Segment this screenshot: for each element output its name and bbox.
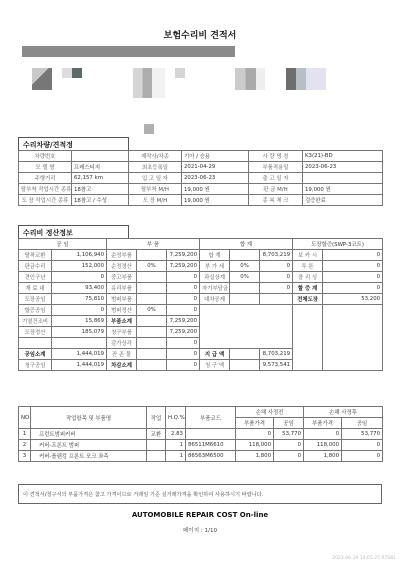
field-value: K3(21)-BD bbox=[303, 151, 383, 162]
redacted-block bbox=[133, 68, 165, 98]
paint-label: 할 증 계 bbox=[293, 283, 323, 294]
totals-header: 합 계 bbox=[200, 239, 293, 250]
field-value: 18참고 bbox=[72, 184, 129, 195]
after-price: 1,800 bbox=[304, 451, 342, 462]
field-label: 출 고 일 자 bbox=[249, 173, 303, 184]
labor-label bbox=[19, 338, 52, 349]
parts-label: 중고부품 bbox=[107, 272, 137, 283]
labor-label: 도장정산 bbox=[19, 327, 52, 338]
labor-value: 1,444,019 bbox=[52, 349, 107, 360]
item-work: 교환 bbox=[147, 429, 166, 440]
field-value: 2023-06-23 bbox=[303, 162, 383, 173]
parts-label: 순정정산 bbox=[107, 261, 137, 272]
item-row: 2커버-프론트 범퍼186511M6610118,0000118,0000 bbox=[19, 440, 383, 451]
col-after: 손해 사정후 bbox=[304, 407, 383, 418]
totals-value bbox=[260, 294, 293, 305]
vehicle-section-tab: 수리차량/견적정 bbox=[18, 137, 129, 150]
vehicle-row: 탈부착 작업시간 종류18참고탈부착 M/H19,000 원판 금 M/H19,… bbox=[19, 184, 383, 195]
parts-value: 0 bbox=[167, 338, 200, 349]
parts-value: 0 bbox=[167, 283, 200, 294]
redacted-bar bbox=[22, 46, 235, 57]
paint-surcharge-header: 도장할증(SWP-3코트) bbox=[293, 239, 383, 250]
labor-value: 15,869 bbox=[52, 316, 107, 327]
parts-label: 범퍼부품 bbox=[107, 294, 137, 305]
totals-value: 0 bbox=[260, 272, 293, 283]
col-before-price: 부품가격 bbox=[236, 418, 274, 429]
paint-empty bbox=[323, 305, 383, 371]
labor-header: 공 임 bbox=[19, 239, 107, 250]
labor-label: 기열건조비 bbox=[19, 316, 52, 327]
paint-label: 보 카 시 bbox=[293, 250, 323, 261]
before-price: 1,800 bbox=[236, 451, 274, 462]
labor-label: 할증공임 bbox=[19, 305, 52, 316]
settlement-row: 도장공임75,810범퍼부품0대차공제전체도장53,200 bbox=[19, 294, 383, 305]
field-label: 종 복 체 크 bbox=[249, 195, 303, 206]
settlement-table: 공 임 부 품 합 계 도장할증(SWP-3코트) 탈착교환1,106,940순… bbox=[18, 238, 383, 371]
parts-pct bbox=[137, 349, 167, 360]
item-no: 2 bbox=[19, 440, 31, 451]
parts-value: 7,259,200 bbox=[167, 250, 200, 261]
paint-label: 투 톤 bbox=[293, 261, 323, 272]
field-label: 도 장 M/H bbox=[129, 195, 182, 206]
labor-value: 152,000 bbox=[52, 261, 107, 272]
field-value: 프레스티지 bbox=[72, 162, 129, 173]
totals-label: 자기부담금 bbox=[200, 283, 230, 294]
labor-label: 청구공임 bbox=[19, 360, 52, 371]
redacted-block bbox=[235, 68, 265, 90]
item-name: 커버-플랜킹 프론트 포크 좌측 bbox=[31, 451, 147, 462]
field-label: 사 량 명 칭 bbox=[249, 151, 303, 162]
totals-value: 9,573,541 bbox=[260, 360, 293, 371]
totals-label: 합 계 bbox=[200, 250, 230, 261]
parts-pct bbox=[137, 338, 167, 349]
parts-pct: 0% bbox=[137, 261, 167, 272]
field-value: 18참고 / 수성 bbox=[72, 195, 129, 206]
settlement-row: 견인구난0중고부품0과실상계0%0클 리 싱0 bbox=[19, 272, 383, 283]
totals-pct: 0% bbox=[230, 272, 260, 283]
labor-value: 185,079 bbox=[52, 327, 107, 338]
labor-value: 75,810 bbox=[52, 294, 107, 305]
repair-items-table: NO 작업항목 및 부품명 작업 H.Q.% 부품코드 손해 사정전 손해 사정… bbox=[18, 406, 383, 462]
labor-label: 공임소계 bbox=[19, 349, 52, 360]
totals-label: 부 가 세 bbox=[200, 261, 230, 272]
item-row: 1프런트범퍼커버교환2.83053,770053,770 bbox=[19, 429, 383, 440]
labor-label: 탈착교환 bbox=[19, 250, 52, 261]
footer-title: AUTOMOBILE REPAIR COST On-line bbox=[0, 511, 400, 519]
vehicle-info-table: 차량번호제작사/차종기아 / 승용사 량 명 칭K3(21)-BD모 델 명프레… bbox=[18, 150, 383, 206]
col-no: NO bbox=[19, 407, 31, 429]
paint-label: 클 리 싱 bbox=[293, 272, 323, 283]
print-timestamp: 2023-06-19 14:05:25 R7S81 bbox=[332, 556, 396, 561]
labor-label: 판금수리 bbox=[19, 261, 52, 272]
field-label: 부품적용일 bbox=[249, 162, 303, 173]
before-labor: 0 bbox=[274, 451, 304, 462]
parts-pct: 0% bbox=[137, 305, 167, 316]
totals-label: 청 구 액 bbox=[200, 360, 230, 371]
field-label: 탈부착 M/H bbox=[129, 184, 182, 195]
field-label: 차량번호 bbox=[19, 151, 72, 162]
item-code: 86511M6610 bbox=[186, 440, 236, 451]
totals-pct bbox=[230, 283, 260, 294]
col-work: 작업 bbox=[147, 407, 166, 429]
vehicle-row: 주행거리62,157 km입 고 일 자2023-06-23출 고 일 자 bbox=[19, 173, 383, 184]
settlement-row: 할증공임0범퍼정산0%0 bbox=[19, 305, 383, 316]
field-value: 검증완료 bbox=[303, 195, 383, 206]
price-notice: 이 견적서/청구서의 부품가격은 참고 가격이므로 거래일 기준 실거래가격을 … bbox=[18, 484, 382, 504]
parts-value: 0 bbox=[167, 272, 200, 283]
field-value bbox=[303, 173, 383, 184]
field-value: 62,157 km bbox=[72, 173, 129, 184]
after-labor: 53,770 bbox=[342, 429, 383, 440]
settlement-section-tab: 수리비 정산정보 bbox=[18, 225, 129, 238]
parts-value: 0 bbox=[167, 349, 200, 360]
item-work bbox=[147, 440, 166, 451]
parts-pct bbox=[137, 272, 167, 283]
totals-empty bbox=[200, 305, 293, 349]
labor-value: 93,400 bbox=[52, 283, 107, 294]
field-value: 19,000 원 bbox=[182, 184, 249, 195]
parts-label: 순정부품 bbox=[107, 250, 137, 261]
parts-value: 7,259,200 bbox=[167, 261, 200, 272]
field-label: 입 고 일 자 bbox=[129, 173, 182, 184]
item-code bbox=[186, 429, 236, 440]
vehicle-row: 도 장 작업시간 종류18참고 / 수성도 장 M/H19,000 원종 복 체… bbox=[19, 195, 383, 206]
field-label: 탈부착 작업시간 종류 bbox=[19, 184, 72, 195]
parts-value: 7,259,200 bbox=[167, 316, 200, 327]
col-item: 작업항목 및 부품명 bbox=[31, 407, 147, 429]
page-indicator: 페이지 : 1/10 bbox=[0, 526, 400, 534]
item-code: 86563M6500 bbox=[186, 451, 236, 462]
col-after-price: 부품가격 bbox=[304, 418, 342, 429]
paint-value: 0 bbox=[323, 283, 383, 294]
paint-value: 0 bbox=[323, 250, 383, 261]
item-name: 프런트범퍼커버 bbox=[31, 429, 147, 440]
labor-value bbox=[52, 338, 107, 349]
item-name: 커버-프론트 범퍼 bbox=[31, 440, 147, 451]
parts-pct bbox=[137, 327, 167, 338]
before-price: 118,000 bbox=[236, 440, 274, 451]
parts-value: 0 bbox=[167, 360, 200, 371]
field-label: 제작사/차종 bbox=[129, 151, 182, 162]
labor-value: 1,444,019 bbox=[52, 360, 107, 371]
field-value: 기아 / 승용 bbox=[182, 151, 249, 162]
labor-label: 도장공임 bbox=[19, 294, 52, 305]
paint-value: 0 bbox=[323, 272, 383, 283]
parts-pct bbox=[137, 360, 167, 371]
col-hq: H.Q.% bbox=[166, 407, 186, 429]
labor-label: 견인구난 bbox=[19, 272, 52, 283]
col-after-labor: 공임 bbox=[342, 418, 383, 429]
field-label: 주행거리 bbox=[19, 173, 72, 184]
parts-label: 감가상각 bbox=[107, 338, 137, 349]
field-value: 19,000 원 bbox=[182, 195, 249, 206]
totals-pct bbox=[230, 349, 260, 360]
field-label: 최초등록일 bbox=[129, 162, 182, 173]
vehicle-row: 모 델 명프레스티지최초등록일2021-04-29부품적용일2023-06-23 bbox=[19, 162, 383, 173]
paint-value: 53,200 bbox=[323, 294, 383, 305]
labor-value: 1,106,940 bbox=[52, 250, 107, 261]
parts-pct bbox=[137, 283, 167, 294]
labor-value: 0 bbox=[52, 272, 107, 283]
totals-value: 0 bbox=[260, 283, 293, 294]
field-value bbox=[72, 151, 129, 162]
item-hq: 1 bbox=[166, 451, 186, 462]
totals-label: 과실상계 bbox=[200, 272, 230, 283]
parts-label: 범퍼정산 bbox=[107, 305, 137, 316]
redacted-block bbox=[144, 124, 154, 134]
totals-value: 0 bbox=[260, 261, 293, 272]
redacted-block bbox=[32, 68, 52, 90]
parts-value: 7,259,200 bbox=[167, 327, 200, 338]
parts-pct bbox=[137, 294, 167, 305]
totals-pct bbox=[230, 250, 260, 261]
after-price: 118,000 bbox=[304, 440, 342, 451]
parts-label: 유리부품 bbox=[107, 283, 137, 294]
field-value: 2023-06-23 bbox=[182, 173, 249, 184]
totals-pct bbox=[230, 360, 260, 371]
field-label: 모 델 명 bbox=[19, 162, 72, 173]
before-labor: 0 bbox=[274, 440, 304, 451]
parts-pct bbox=[137, 316, 167, 327]
item-row: 3커버-플랜킹 프론트 포크 좌측186563M65001,80001,8000 bbox=[19, 451, 383, 462]
before-price: 0 bbox=[236, 429, 274, 440]
totals-value: 8,703,219 bbox=[260, 349, 293, 360]
document-title: 보험수리비 견적서 bbox=[0, 28, 400, 41]
parts-label: 차감소계 bbox=[107, 360, 137, 371]
settlement-row: 탈착교환1,106,940순정부품7,259,200합 계8,703,219보 … bbox=[19, 250, 383, 261]
after-labor: 0 bbox=[342, 440, 383, 451]
col-before-labor: 공임 bbox=[274, 418, 304, 429]
item-work bbox=[147, 451, 166, 462]
paint-value: 0 bbox=[323, 261, 383, 272]
item-hq: 2.83 bbox=[166, 429, 186, 440]
field-label: 도 장 작업시간 종류 bbox=[19, 195, 72, 206]
parts-header: 부 품 bbox=[107, 239, 200, 250]
field-label: 판 금 M/H bbox=[249, 184, 303, 195]
before-labor: 53,770 bbox=[274, 429, 304, 440]
parts-value: 0 bbox=[167, 294, 200, 305]
parts-value: 0 bbox=[167, 305, 200, 316]
totals-pct: 0% bbox=[230, 261, 260, 272]
labor-value: 0 bbox=[52, 305, 107, 316]
item-no: 1 bbox=[19, 429, 31, 440]
field-value: 2021-04-29 bbox=[182, 162, 249, 173]
redacted-block bbox=[175, 68, 185, 78]
totals-label: 대차공제 bbox=[200, 294, 230, 305]
col-before: 손해 사정전 bbox=[236, 407, 304, 418]
parts-label: 잔 존 물 bbox=[107, 349, 137, 360]
item-no: 3 bbox=[19, 451, 31, 462]
paint-label: 전체도장 bbox=[293, 294, 323, 305]
totals-value: 8,703,219 bbox=[260, 250, 293, 261]
parts-pct bbox=[137, 250, 167, 261]
vehicle-row: 차량번호제작사/차종기아 / 승용사 량 명 칭K3(21)-BD bbox=[19, 151, 383, 162]
after-price: 0 bbox=[304, 429, 342, 440]
after-labor: 0 bbox=[342, 451, 383, 462]
col-code: 부품코드 bbox=[186, 407, 236, 429]
redacted-block bbox=[286, 68, 326, 90]
parts-label: 부품소계 bbox=[107, 316, 137, 327]
settlement-row: 재 료 대93,400유리부품0자기부담금0할 증 계0 bbox=[19, 283, 383, 294]
redacted-block bbox=[62, 68, 82, 78]
item-hq: 1 bbox=[166, 440, 186, 451]
parts-label: 청구부품 bbox=[107, 327, 137, 338]
totals-label: 지 급 액 bbox=[200, 349, 230, 360]
settlement-row: 판금수리152,000순정정산0%7,259,200부 가 세0%0투 톤0 bbox=[19, 261, 383, 272]
paint-empty bbox=[293, 305, 323, 371]
totals-pct bbox=[230, 294, 260, 305]
labor-label: 재 료 대 bbox=[19, 283, 52, 294]
field-value: 19,000 원 bbox=[303, 184, 383, 195]
